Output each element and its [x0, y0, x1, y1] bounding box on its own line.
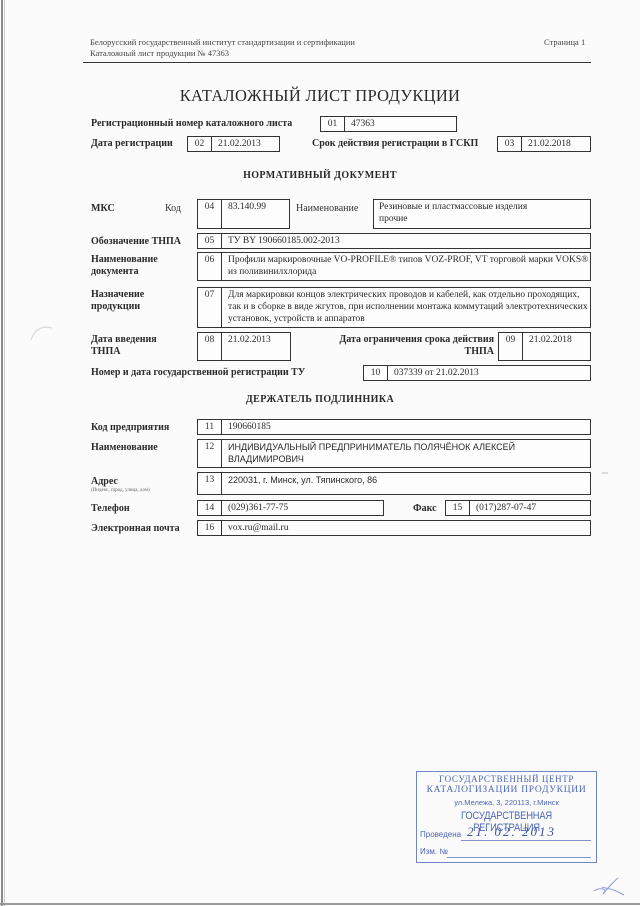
stamp-change-label: Изм. №: [420, 847, 448, 856]
mks-label: МКС: [91, 203, 115, 215]
field-code: 10: [364, 366, 388, 380]
phone-field: 14 (029)361-77-75: [197, 500, 384, 516]
page-header: Белорусский государственный институт ста…: [90, 37, 355, 59]
stamp-done-label: Проведена: [420, 830, 461, 839]
stamp-line-2: КАТАЛОГИЗАЦИИ ПРОДУКЦИИ: [417, 785, 596, 795]
field-code: 01: [321, 117, 345, 131]
field-value: (029)361-77-75: [222, 501, 383, 515]
field-value: Для маркировки концов электрических пров…: [222, 288, 590, 327]
tu-registration-field: 10 037339 от 21.02.2013: [363, 365, 591, 381]
fax-field: 15 (017)287-07-47: [445, 500, 591, 516]
field-code: 06: [198, 253, 222, 280]
field-value: 21.02.2013: [222, 333, 290, 360]
address-label: Адрес: [91, 476, 118, 488]
document-title: КАТАЛОЖНЫЙ ЛИСТ ПРОДУКЦИИ: [0, 86, 640, 106]
reg-date-label: Дата регистрации: [91, 138, 173, 150]
field-code: 08: [198, 333, 222, 360]
field-value: 037339 от 21.02.2013: [388, 366, 590, 380]
mks-code-field: 04 83.140.99: [197, 199, 290, 229]
catalog-number-field: 01 47363: [320, 116, 457, 132]
page-edge-shadow: [4, 0, 5, 906]
email-field: 16 vox.ru@mail.ru: [197, 520, 591, 536]
limit-date-label: Дата ограничения срока действия ТНПА: [318, 334, 494, 358]
mks-name-label: Наименование: [296, 203, 358, 214]
field-code: 12: [198, 440, 222, 467]
field-value: Профили маркировочные VO-PROFILE® типов …: [222, 253, 590, 280]
field-value: 21.02.2018: [522, 137, 590, 151]
registration-stamp: ГОСУДАРСТВЕННЫЙ ЦЕНТР КАТАЛОГИЗАЦИИ ПРОД…: [416, 771, 597, 863]
stamp-change-line: [447, 857, 591, 858]
field-value: (017)287-07-47: [470, 501, 590, 515]
phone-label: Телефон: [91, 503, 130, 515]
field-value: 21.02.2013: [212, 137, 279, 151]
field-code: 04: [198, 200, 222, 228]
holder-name-label: Наименование: [91, 442, 158, 454]
field-code: 03: [498, 137, 522, 151]
faint-mark-icon: [28, 322, 58, 344]
doc-name-field: 06 Профили маркировочные VO-PROFILE® тип…: [197, 252, 591, 281]
field-code: 09: [499, 333, 523, 360]
field-code: 05: [198, 234, 222, 248]
stamp-address: ул.Мележа, 3, 220113, г.Минск: [417, 798, 596, 807]
mks-name-field: Резиновые и пластмассовые изделия прочие: [373, 199, 591, 229]
holder-name-field: 12 ИНДИВИДУАЛЬНЫЙ ПРЕДПРИНИМАТЕЛЬ ПОЛЯЧЁ…: [197, 439, 591, 468]
header-sheet-ref: Каталожный лист продукции № 47363: [90, 48, 355, 59]
field-code: 15: [446, 501, 470, 515]
section-holder: ДЕРЖАТЕЛЬ ПОДЛИННИКА: [0, 394, 640, 405]
field-value: Резиновые и пластмассовые изделия прочие: [374, 200, 590, 228]
field-code: 16: [198, 521, 222, 535]
reg-date-field: 02 21.02.2013: [187, 136, 280, 152]
stamp-handwritten-date: 21. 02. 2013: [467, 824, 556, 840]
page-number: Страница 1: [544, 37, 585, 47]
field-value: 47363: [345, 117, 456, 131]
mks-code-label: Код: [165, 203, 181, 214]
field-value: 83.140.99: [222, 200, 289, 228]
header-institute: Белорусский государственный институт ста…: [90, 37, 355, 48]
enterprise-code-field: 11 190660185: [197, 419, 591, 435]
doc-name-label: Наименование документа: [91, 254, 181, 278]
tnpa-designation-field: 05 ТУ BY 190660185.002-2013: [197, 233, 591, 249]
page-edge-left: [1, 0, 3, 906]
field-value: ТУ BY 190660185.002-2013: [222, 234, 590, 248]
purpose-field: 07 Для маркировки концов электрических п…: [197, 287, 591, 328]
enterprise-code-label: Код предприятия: [91, 422, 169, 434]
field-value: 190660185: [222, 420, 590, 434]
field-code: 11: [198, 420, 222, 434]
stamp-date-line: [461, 840, 591, 841]
faint-tick-icon: [600, 468, 620, 478]
section-normative-document: НОРМАТИВНЫЙ ДОКУМЕНТ: [0, 170, 640, 181]
catalog-number-label: Регистрационный номер каталожного листа: [91, 118, 292, 130]
fax-label: Факс: [413, 503, 437, 515]
intro-date-field: 08 21.02.2013: [197, 332, 291, 361]
purpose-label: Назначение продукции: [91, 289, 181, 313]
field-code: 14: [198, 501, 222, 515]
header-divider: [83, 62, 591, 63]
limit-date-field: 09 21.02.2018: [498, 332, 591, 361]
page-edge-bottom: [0, 903, 640, 905]
field-value: vox.ru@mail.ru: [222, 521, 590, 535]
field-code: 13: [198, 473, 222, 494]
address-field: 13 220031, г. Минск, ул. Тяпинского, 86: [197, 472, 591, 495]
validity-field: 03 21.02.2018: [497, 136, 591, 152]
field-code: 07: [198, 288, 222, 327]
stamp-line-1: ГОСУДАРСТВЕННЫЙ ЦЕНТР: [417, 774, 596, 784]
tnpa-designation-label: Обозначение ТНПА: [91, 236, 181, 248]
field-value: ИНДИВИДУАЛЬНЫЙ ПРЕДПРИНИМАТЕЛЬ ПОЛЯЧЁНОК…: [222, 440, 590, 467]
field-value: 21.02.2018: [523, 333, 590, 360]
tu-registration-label: Номер и дата государственной регистрации…: [91, 367, 305, 379]
intro-date-label: Дата введения ТНПА: [91, 334, 181, 358]
validity-label: Срок действия регистрации в ГСКП: [312, 138, 478, 150]
field-value: 220031, г. Минск, ул. Тяпинского, 86: [222, 473, 590, 494]
field-code: 02: [188, 137, 212, 151]
signature-icon: [590, 875, 630, 900]
address-sublabel: (Индекс, город, улица, дом): [91, 488, 150, 493]
email-label: Электронная почта: [91, 523, 180, 535]
